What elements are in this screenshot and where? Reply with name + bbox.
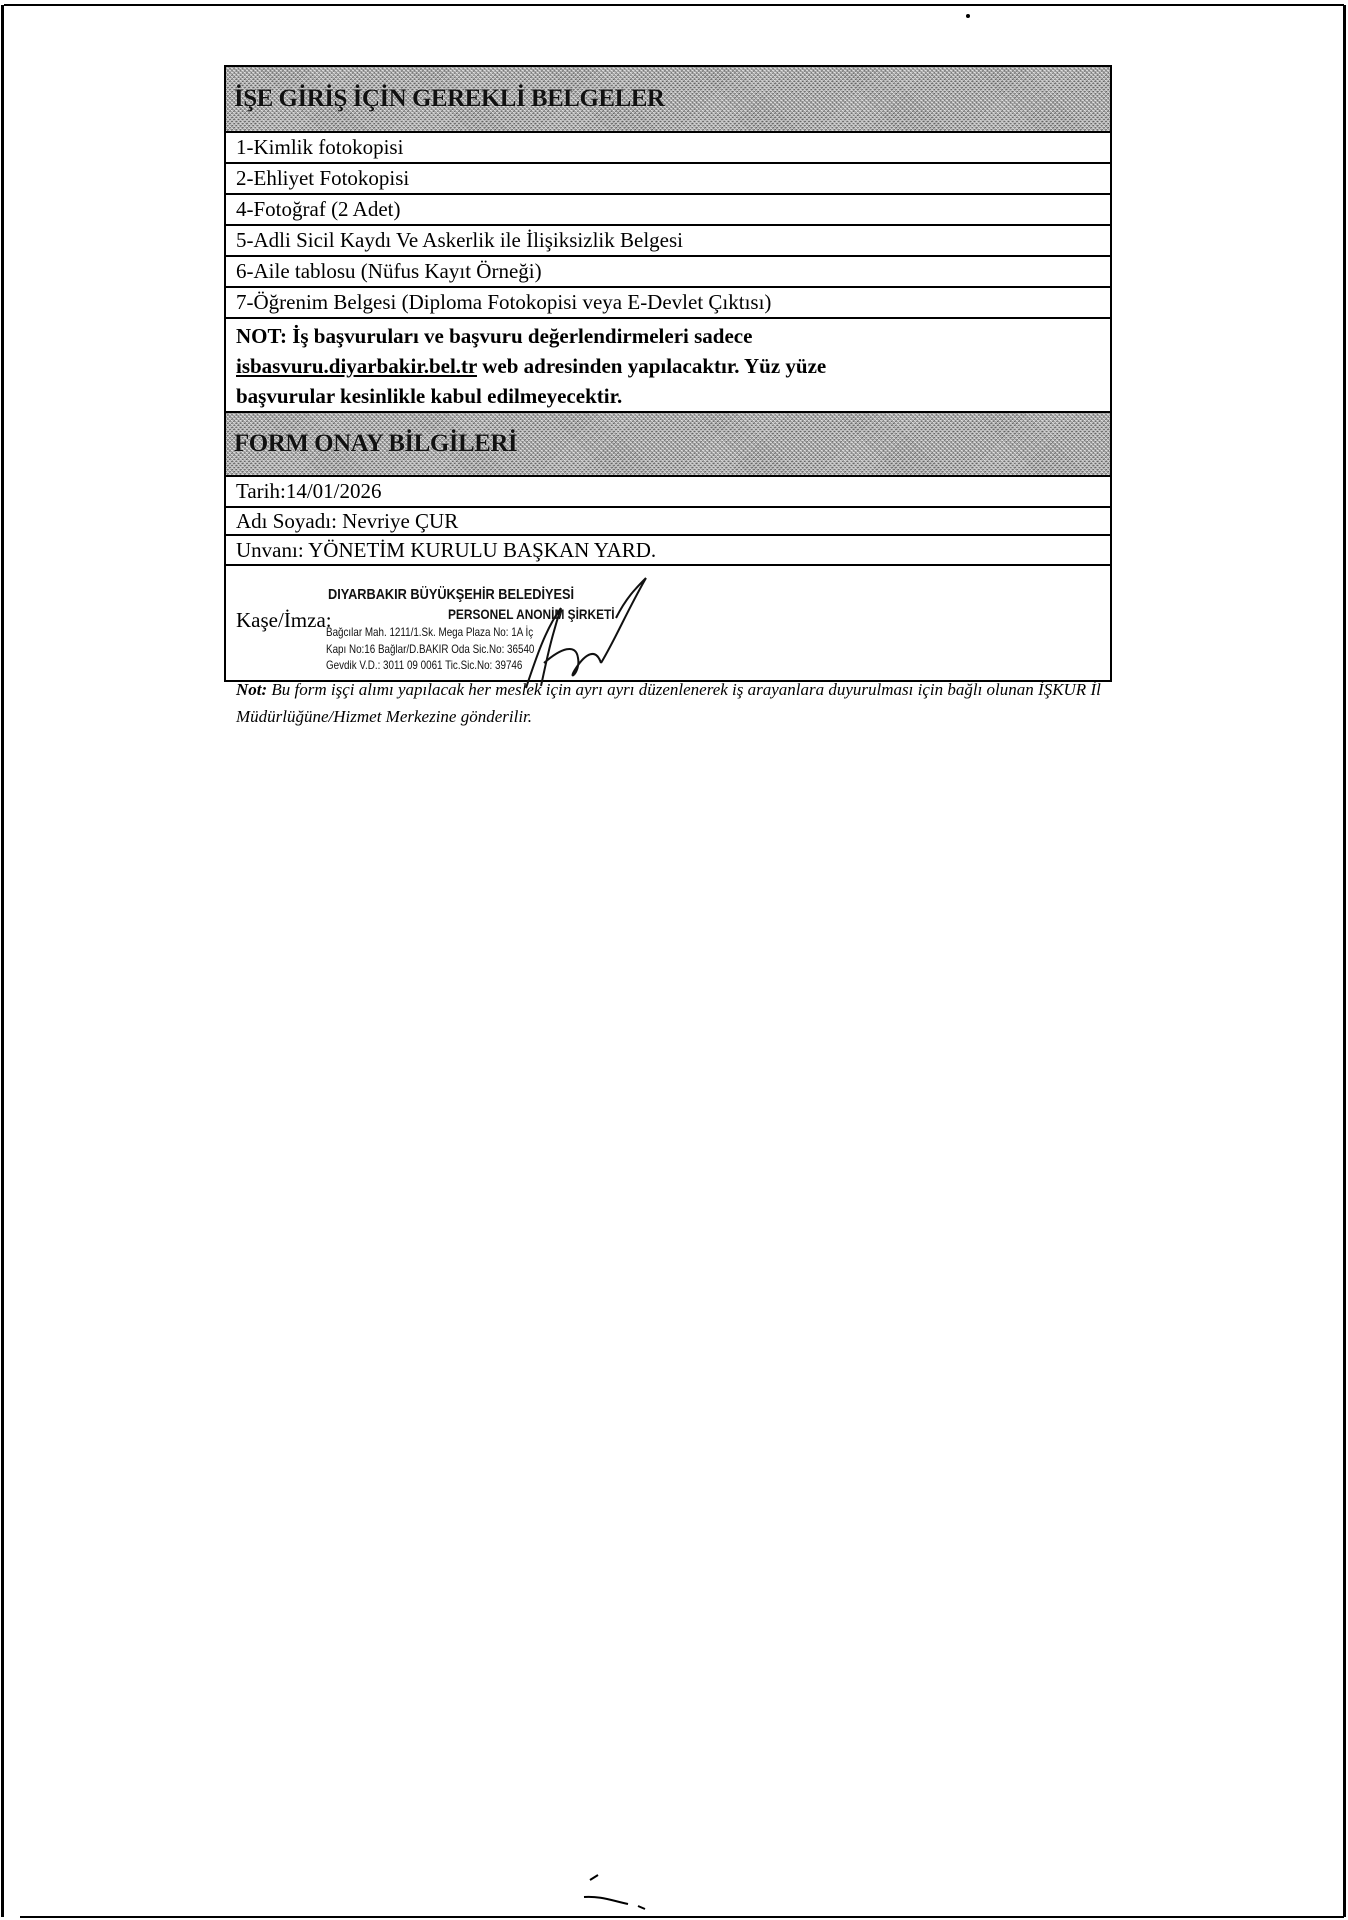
footnote-text: Bu form işçi alımı yapılacak her meslek … bbox=[236, 680, 1101, 726]
page-border-top bbox=[4, 4, 1344, 6]
stamp-label: Kaşe/İmza: bbox=[236, 608, 332, 633]
approver-name: Adı Soyadı: Nevriye ÇUR bbox=[226, 508, 1110, 536]
page-border-bottom bbox=[20, 1916, 1344, 1918]
note-line-3: başvurular kesinlikle kabul edilmeyecekt… bbox=[236, 384, 622, 408]
doc-item: 2-Ehliyet Fotokopisi bbox=[226, 164, 1110, 195]
section-header-approval: FORM ONAY BİLGİLERİ bbox=[226, 413, 1110, 477]
doc-item: 7-Öğrenim Belgesi (Diploma Fotokopisi ve… bbox=[226, 288, 1110, 319]
section-title: İŞE GİRİŞ İÇİN GEREKLİ BELGELER bbox=[234, 85, 664, 113]
section-title: FORM ONAY BİLGİLERİ bbox=[234, 430, 517, 458]
application-note: NOT: İş başvuruları ve başvuru değerlend… bbox=[226, 319, 1110, 413]
scan-speck bbox=[966, 14, 970, 18]
approval-date: Tarih:14/01/2026 bbox=[226, 477, 1110, 508]
footnote-label: Not: bbox=[236, 680, 267, 699]
stamp-line: PERSONEL ANONİM ŞİRKETİ bbox=[448, 606, 615, 622]
note-line-1: NOT: İş başvuruları ve başvuru değerlend… bbox=[236, 324, 752, 348]
stamp-line: Bağcılar Mah. 1211/1.Sk. Mega Plaza No: … bbox=[326, 625, 587, 639]
doc-item: 1-Kimlik fotokopisi bbox=[226, 133, 1110, 164]
form-footnote: Not: Bu form işçi alımı yapılacak her me… bbox=[236, 676, 1136, 730]
page-border-left bbox=[1, 5, 4, 1917]
requirements-form-table: İŞE GİRİŞ İÇİN GEREKLİ BELGELER 1-Kimlik… bbox=[224, 65, 1112, 682]
scan-mark-icon bbox=[570, 1872, 660, 1912]
approver-title: Unvanı: YÖNETİM KURULU BAŞKAN YARD. bbox=[226, 536, 1110, 566]
stamp-line: Kapı No:16 Bağlar/D.BAKIR Oda Sic.No: 36… bbox=[326, 642, 587, 656]
company-stamp: DIYARBAKIR BÜYÜKŞEHİR BELEDİYESİ PERSONE… bbox=[326, 586, 644, 672]
note-line-2: web adresinden yapılacaktır. Yüz yüze bbox=[477, 354, 826, 378]
stamp-line: DIYARBAKIR BÜYÜKŞEHİR BELEDİYESİ bbox=[328, 586, 597, 603]
doc-item: 4-Fotoğraf (2 Adet) bbox=[226, 195, 1110, 226]
doc-item: 6-Aile tablosu (Nüfus Kayıt Örneği) bbox=[226, 257, 1110, 288]
stamp-line: Gevdik V.D.: 3011 09 0061 Tic.Sic.No: 39… bbox=[326, 658, 587, 672]
application-website-link[interactable]: isbasvuru.diyarbakir.bel.tr bbox=[236, 354, 477, 378]
stamp-signature-cell: Kaşe/İmza: DIYARBAKIR BÜYÜKŞEHİR BELEDİY… bbox=[226, 566, 1110, 680]
page-border-right bbox=[1343, 5, 1346, 1917]
doc-item: 5-Adli Sicil Kaydı Ve Askerlik ile İlişi… bbox=[226, 226, 1110, 257]
section-header-required-docs: İŞE GİRİŞ İÇİN GEREKLİ BELGELER bbox=[226, 67, 1110, 133]
